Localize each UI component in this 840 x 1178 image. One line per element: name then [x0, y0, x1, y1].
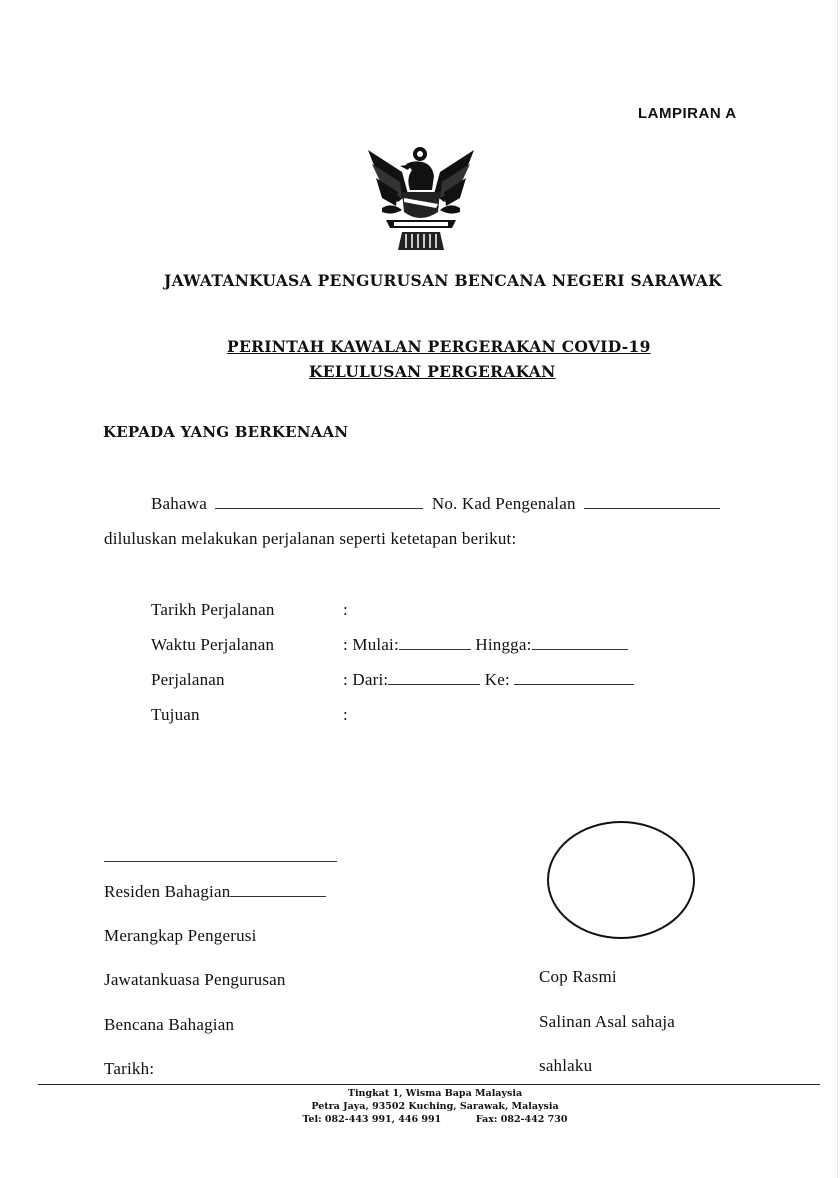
original-copy-label: Salinan Asal sahaja	[539, 1012, 675, 1032]
to-field[interactable]	[514, 683, 634, 685]
start-time-field[interactable]	[399, 648, 471, 650]
division-field[interactable]	[230, 895, 326, 897]
organization-name: JAWATANKUASA PENGURUSAN BENCANA NEGERI S…	[164, 271, 722, 290]
purpose-field[interactable]: :	[343, 705, 348, 725]
ic-number-label: No. Kad Pengenalan	[432, 494, 576, 513]
salutation: KEPADA YANG BERKENAAN	[103, 423, 348, 441]
to-label: Ke:	[485, 670, 510, 689]
ic-number-field[interactable]	[584, 507, 720, 509]
footer-fax: Fax: 082-442 730	[476, 1114, 568, 1125]
footer-divider	[38, 1084, 820, 1085]
travel-date-label: Tarikh Perjalanan	[151, 600, 275, 620]
footer-address: Tingkat 1, Wisma Bapa Malaysia Petra Jay…	[0, 1087, 840, 1126]
travel-time-row: : Mulai: Hingga:	[343, 635, 628, 655]
scan-edge	[837, 0, 838, 1178]
official-stamp-label: Cop Rasmi	[539, 967, 617, 987]
footer-address-line1: Tingkat 1, Wisma Bapa Malaysia	[0, 1087, 840, 1100]
footer-tel: Tel: 082-443 991, 446 991	[302, 1114, 441, 1125]
document-title: PERINTAH KAWALAN PERGERAKAN COVID-19	[227, 337, 651, 356]
committee-label: Jawatankuasa Pengurusan	[104, 970, 286, 990]
resident-label: Residen Bahagian	[104, 882, 230, 901]
statement-line: Bahawa No. Kad Pengenalan	[151, 494, 720, 514]
chairman-label: Merangkap Pengerusi	[104, 926, 257, 946]
travel-date-field[interactable]: :	[343, 600, 348, 620]
footer-address-line2: Petra Jaya, 93502 Kuching, Sarawak, Mala…	[0, 1100, 840, 1113]
sarawak-coat-of-arms-icon	[362, 142, 480, 254]
journey-row: : Dari: Ke:	[343, 670, 634, 690]
valid-label: sahlaku	[539, 1056, 592, 1076]
colon: :	[343, 600, 348, 619]
name-field[interactable]	[215, 507, 423, 509]
from-label: : Dari:	[343, 670, 388, 689]
travel-time-label: Waktu Perjalanan	[151, 635, 274, 655]
date-label: Tarikh:	[104, 1059, 154, 1079]
end-time-field[interactable]	[532, 648, 628, 650]
start-label: : Mulai:	[343, 635, 399, 654]
journey-label: Perjalanan	[151, 670, 225, 690]
statement-continuation: diluluskan melakukan perjalanan seperti …	[104, 529, 516, 549]
official-stamp-area	[547, 821, 695, 939]
resident-title: Residen Bahagian	[104, 882, 326, 902]
purpose-label: Tujuan	[151, 705, 200, 725]
colon: :	[343, 705, 348, 724]
document-subtitle: KELULUSAN PERGERAKAN	[309, 362, 556, 381]
from-field[interactable]	[388, 683, 480, 685]
division-disaster-label: Bencana Bahagian	[104, 1015, 234, 1035]
annex-label: LAMPIRAN A	[638, 105, 737, 122]
footer-contact: Tel: 082-443 991, 446 991 Fax: 082-442 7…	[0, 1113, 840, 1126]
signature-line[interactable]	[104, 861, 337, 862]
end-label: Hingga:	[475, 635, 531, 654]
bahawa-label: Bahawa	[151, 494, 207, 513]
